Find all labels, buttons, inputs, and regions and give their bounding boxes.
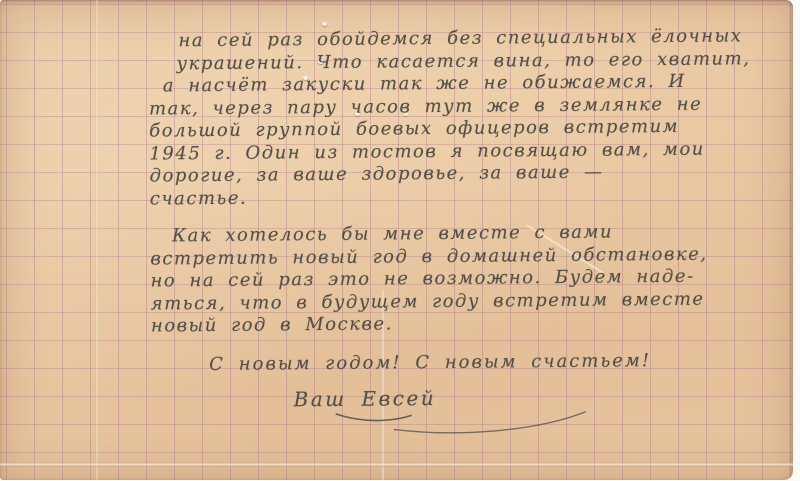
paper-speck <box>322 22 327 26</box>
letter-paper: на сей раз обойдемся без специальных ёло… <box>0 0 793 480</box>
scanned-letter: на сей раз обойдемся без специальных ёло… <box>0 0 800 481</box>
letter-text: на сей раз обойдемся без специальных ёло… <box>148 25 731 412</box>
letter-line: счастье. <box>150 183 730 211</box>
signature: Ваш Евсей <box>293 386 436 411</box>
new-year-greeting: С новым годом! С новым счастьем! <box>209 349 731 376</box>
signature-row: Ваш Евсей <box>293 384 731 410</box>
letter-line: новый год в Москве. <box>151 310 731 338</box>
